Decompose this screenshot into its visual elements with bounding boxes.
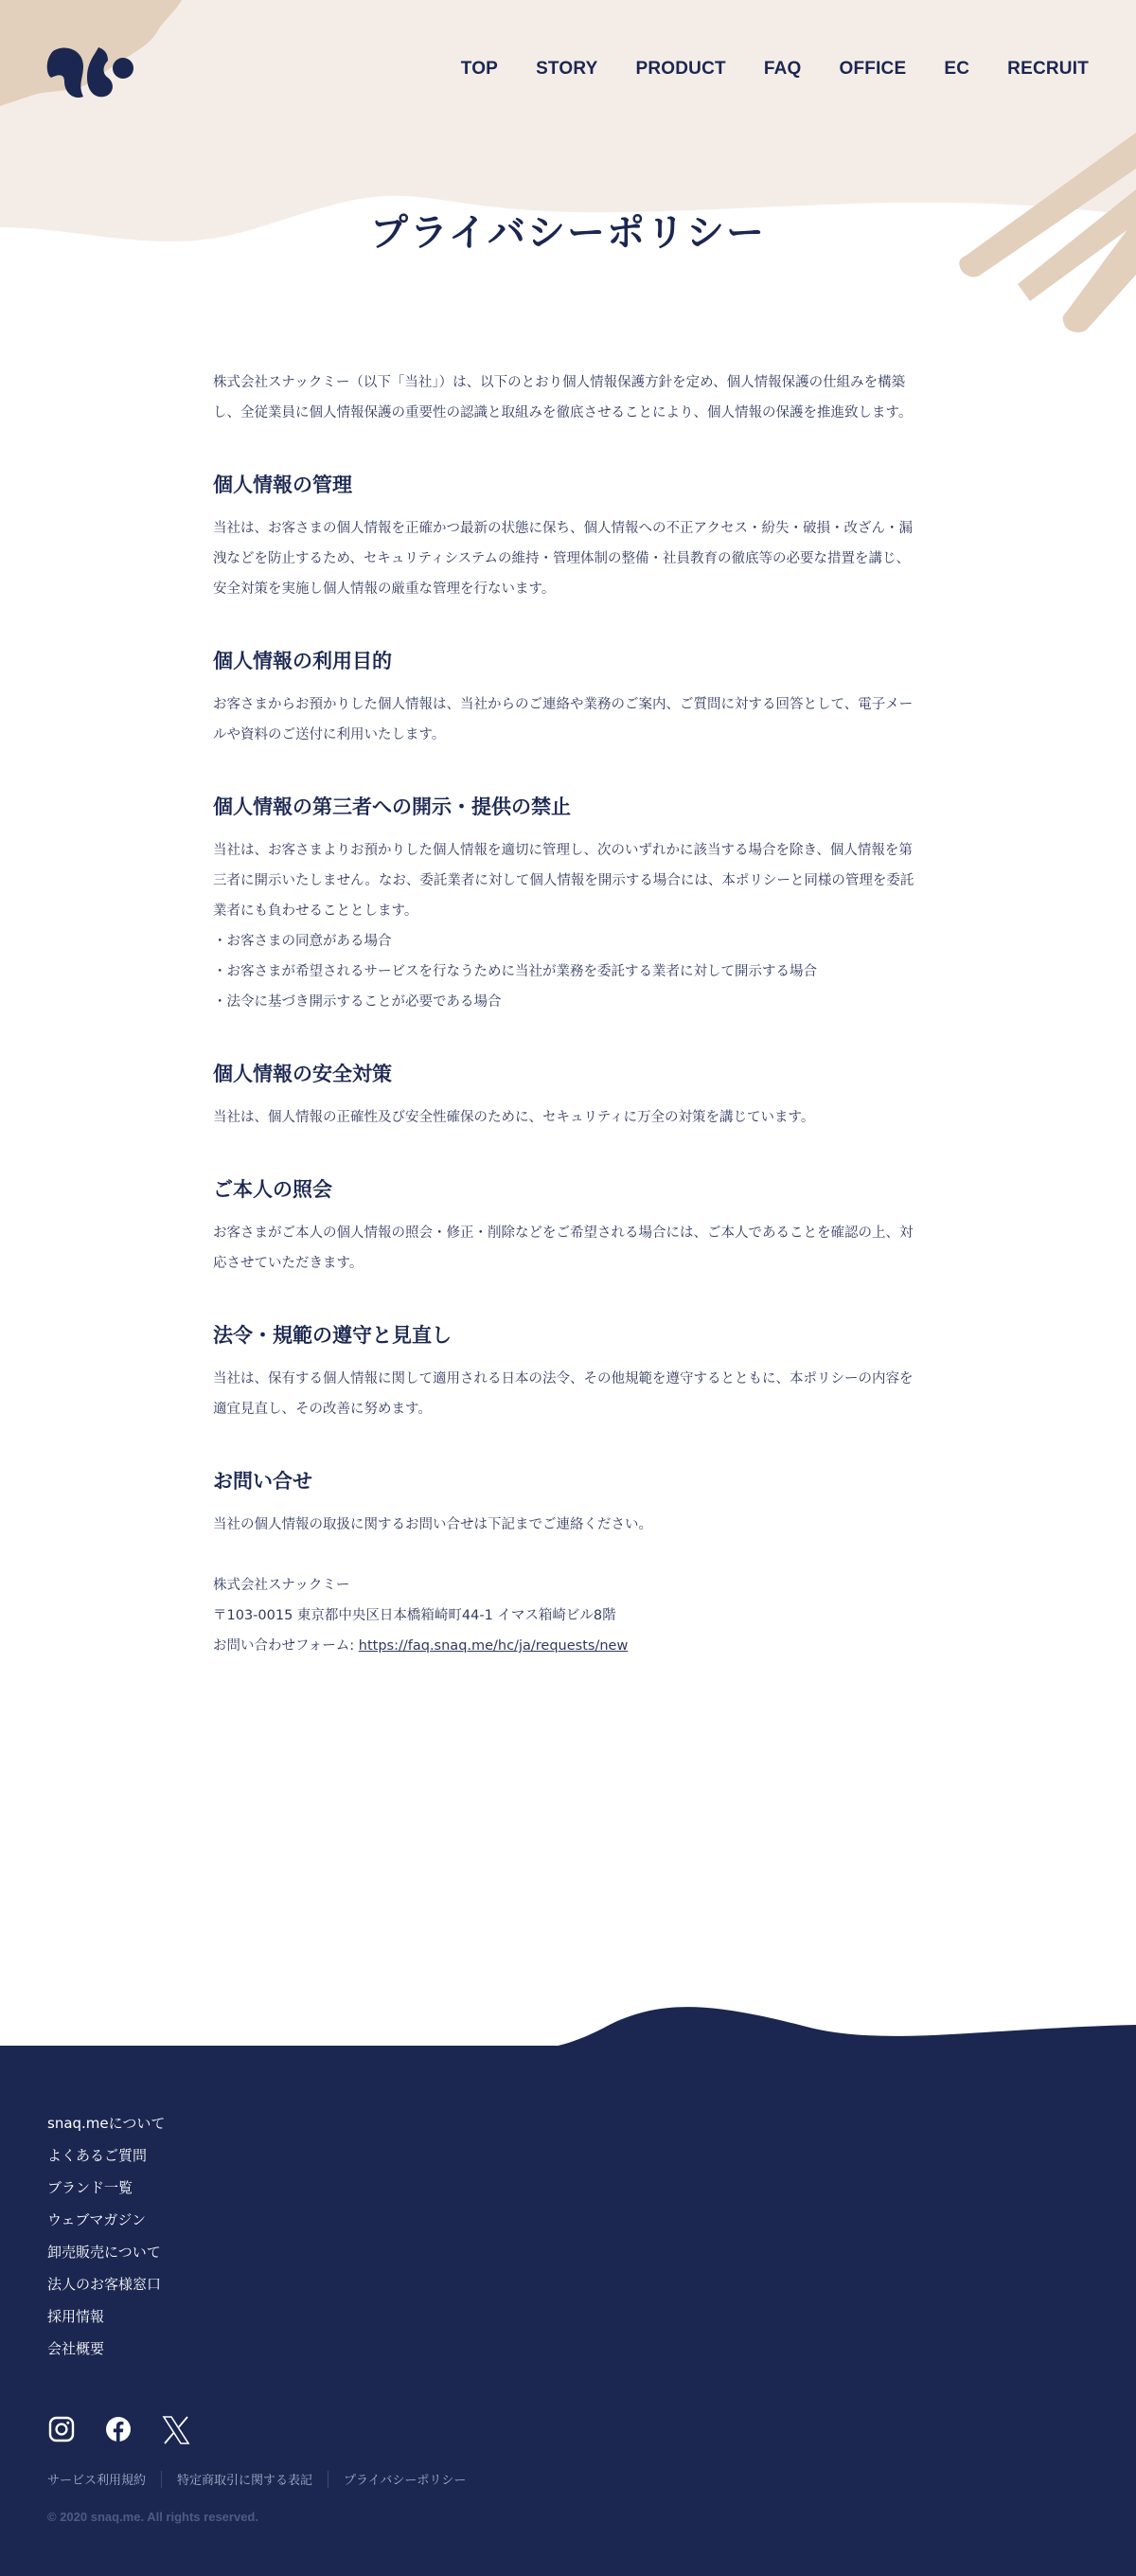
section-purpose: 個人情報の利用目的 お客さまからお預かりした個人情報は、当社からのご連絡や業務の… xyxy=(213,646,923,750)
legal-link-privacy[interactable]: プライバシーポリシー xyxy=(344,2470,466,2488)
section-heading: ご本人の照会 xyxy=(213,1174,923,1205)
intro-paragraph: 株式会社スナックミー（以下「当社」）は、以下のとおり個人情報保護方針を定め、個人… xyxy=(213,367,923,428)
list-item: ・お客さまの同意がある場合 xyxy=(213,926,923,957)
section-body: 当社の個人情報の取扱に関するお問い合せは下記までご連絡ください。 xyxy=(213,1510,923,1540)
section-third-party: 個人情報の第三者への開示・提供の禁止 当社は、お客さまよりお預かりした個人情報を… xyxy=(213,792,923,1017)
section-body: 当社は、個人情報の正確性及び安全性確保のために、セキュリティに万全の対策を講じて… xyxy=(213,1102,923,1133)
section-management: 個人情報の管理 当社は、お客さまの個人情報を正確かつ最新の状態に保ち、個人情報へ… xyxy=(213,470,923,604)
section-heading: 個人情報の管理 xyxy=(213,470,923,500)
list-item: ・法令に基づき開示することが必要である場合 xyxy=(213,987,923,1017)
section-compliance: 法令・規範の遵守と見直し 当社は、保有する個人情報に関して適用される日本の法令、… xyxy=(213,1320,923,1424)
footer-link-recruit[interactable]: 採用情報 xyxy=(47,2308,104,2325)
footer-link-wholesale[interactable]: 卸売販売について xyxy=(47,2244,161,2261)
instagram-icon[interactable] xyxy=(47,2415,76,2443)
nav-recruit[interactable]: RECRUIT xyxy=(1007,59,1089,80)
contact-block: 株式会社スナックミー 〒103-0015 東京都中央区日本橋箱崎町44-1 イマ… xyxy=(213,1570,923,1661)
footer-link-corporate[interactable]: 法人のお客様窓口 xyxy=(47,2276,161,2293)
policy-content: 株式会社スナックミー（以下「当社」）は、以下のとおり個人情報保護方針を定め、個人… xyxy=(213,367,923,1661)
facebook-icon[interactable] xyxy=(104,2415,133,2443)
list-item: ・お客さまが希望されるサービスを行なうために当社が業務を委託する業者に対して開示… xyxy=(213,957,923,987)
footer-link-company[interactable]: 会社概要 xyxy=(47,2340,104,2357)
divider xyxy=(328,2471,328,2488)
legal-link-commerce[interactable]: 特定商取引に関する表記 xyxy=(177,2470,312,2488)
nav-product[interactable]: PRODUCT xyxy=(635,59,725,80)
legal-links: サービス利用規約 特定商取引に関する表記 プライバシーポリシー xyxy=(47,2470,466,2488)
company-address: 〒103-0015 東京都中央区日本橋箱崎町44-1 イマス箱崎ビル8階 xyxy=(213,1601,923,1631)
contact-form-line: お問い合わせフォーム: https://faq.snaq.me/hc/ja/re… xyxy=(213,1631,923,1661)
page: TOP STORY PRODUCT FAQ OFFICE EC RECRUIT … xyxy=(0,0,1136,2576)
footer-link-magazine[interactable]: ウェブマガジン xyxy=(47,2211,146,2228)
section-heading: お問い合せ xyxy=(213,1466,923,1496)
footer-link-brands[interactable]: ブランド一覧 xyxy=(47,2179,133,2196)
exception-list: ・お客さまの同意がある場合 ・お客さまが希望されるサービスを行なうために当社が業… xyxy=(213,926,923,1017)
footer-link-about[interactable]: snaq.meについて xyxy=(47,2115,165,2132)
section-inquiry-self: ご本人の照会 お客さまがご本人の個人情報の照会・修正・削除などをご希望される場合… xyxy=(213,1174,923,1279)
main-nav: TOP STORY PRODUCT FAQ OFFICE EC RECRUIT xyxy=(423,59,1089,80)
squirrel-logo-icon[interactable] xyxy=(45,45,136,102)
legal-link-terms[interactable]: サービス利用規約 xyxy=(47,2470,146,2488)
nav-ec[interactable]: EC xyxy=(944,59,969,80)
copyright: © 2020 snaq.me. All rights reserved. xyxy=(47,2510,258,2524)
section-heading: 個人情報の第三者への開示・提供の禁止 xyxy=(213,792,923,822)
section-heading: 個人情報の安全対策 xyxy=(213,1059,923,1089)
section-heading: 個人情報の利用目的 xyxy=(213,646,923,676)
company-name: 株式会社スナックミー xyxy=(213,1570,923,1601)
contact-form-link[interactable]: https://faq.snaq.me/hc/ja/requests/new xyxy=(359,1638,629,1654)
section-body: 当社は、お客さまよりお預かりした個人情報を適切に管理し、次のいずれかに該当する場… xyxy=(213,835,923,926)
hero-background xyxy=(0,0,1136,360)
page-title: プライバシーポリシー xyxy=(0,203,1136,257)
section-heading: 法令・規範の遵守と見直し xyxy=(213,1320,923,1351)
footer-links: snaq.meについて よくあるご質問 ブランド一覧 ウェブマガジン 卸売販売に… xyxy=(47,2107,165,2365)
nav-top[interactable]: TOP xyxy=(461,59,498,80)
section-security: 個人情報の安全対策 当社は、個人情報の正確性及び安全性確保のために、セキュリティ… xyxy=(213,1059,923,1133)
section-body: 当社は、保有する個人情報に関して適用される日本の法令、その他規範を遵守するととも… xyxy=(213,1364,923,1424)
social-links xyxy=(47,2415,189,2443)
footer: snaq.meについて よくあるご質問 ブランド一覧 ウェブマガジン 卸売販売に… xyxy=(0,2046,1136,2576)
section-body: お客さまからお預かりした個人情報は、当社からのご連絡や業務のご案内、ご質問に対す… xyxy=(213,689,923,750)
nav-story[interactable]: STORY xyxy=(536,59,597,80)
x-icon[interactable] xyxy=(161,2415,189,2443)
nav-office[interactable]: OFFICE xyxy=(839,59,906,80)
nav-faq[interactable]: FAQ xyxy=(764,59,802,80)
section-contact: お問い合せ 当社の個人情報の取扱に関するお問い合せは下記までご連絡ください。 株… xyxy=(213,1466,923,1661)
footer-link-faq[interactable]: よくあるご質問 xyxy=(47,2147,147,2164)
contact-form-label: お問い合わせフォーム: xyxy=(213,1638,359,1654)
section-body: 当社は、お客さまの個人情報を正確かつ最新の状態に保ち、個人情報への不正アクセス・… xyxy=(213,513,923,604)
section-body: お客さまがご本人の個人情報の照会・修正・削除などをご希望される場合には、ご本人で… xyxy=(213,1218,923,1279)
divider xyxy=(161,2471,162,2488)
